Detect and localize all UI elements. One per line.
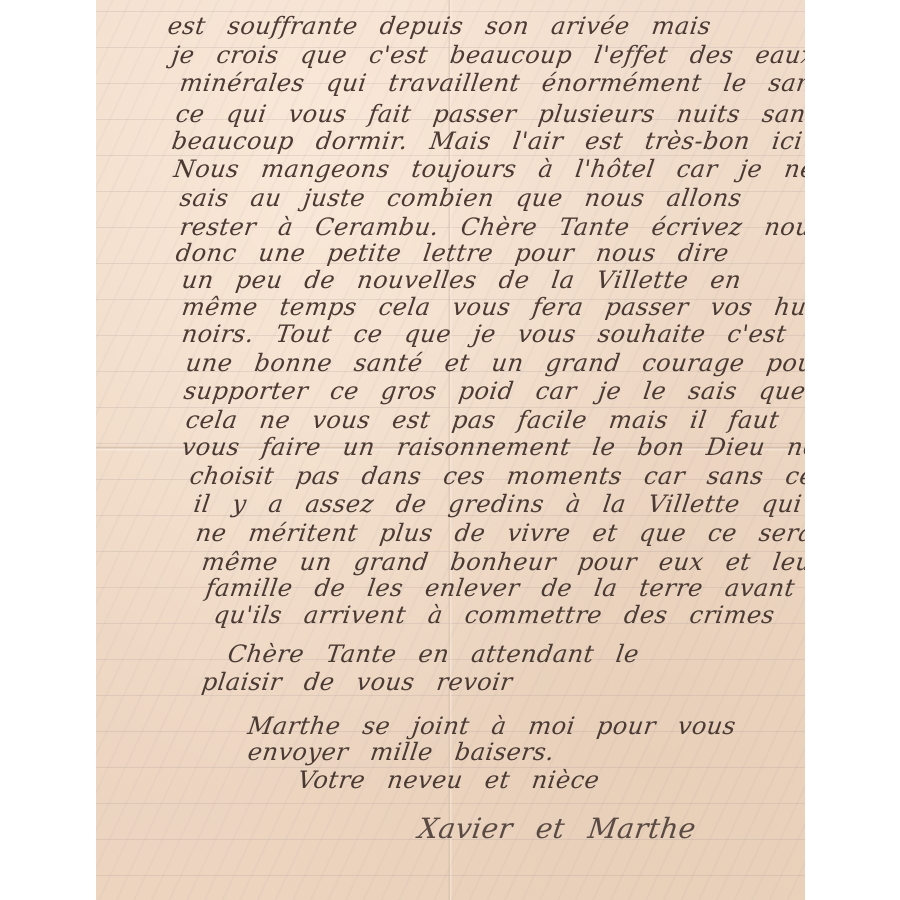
body-line: même un grand bonheur pour eux et leur [200, 548, 805, 576]
body-line: vous faire un raisonnement le bon Dieu n… [180, 433, 805, 461]
body-line: est souffrante depuis son arivée mais [166, 12, 713, 40]
body-line: même temps cela vous fera passer vos hum… [180, 293, 805, 321]
body-line: un peu de nouvelles de la Villette en [180, 266, 743, 294]
body-line: famille de les enlever de la terre avant [204, 574, 797, 602]
body-line: donc une petite lettre pour nous dire [174, 239, 731, 267]
closing-line: Votre neveu et nièce [296, 766, 601, 794]
signature: Xavier et Marthe [416, 812, 698, 845]
body-line: choisit pas dans ces moments car sans ce… [188, 462, 805, 490]
closing-line: envoyer mille baisers. [246, 738, 556, 766]
closing-line: plaisir de vous revoir [200, 668, 514, 696]
letter-page: est souffrante depuis son arivée mais je… [96, 0, 805, 900]
body-line: cela ne vous est pas facile mais il faut [184, 406, 781, 434]
body-line: je crois que c'est beaucoup l'effet des … [170, 41, 805, 69]
body-line: beaucoup dormir. Mais l'air est très-bon… [170, 127, 805, 155]
closing-line: Chère Tante en attendant le [226, 640, 641, 668]
body-line: ne méritent plus de vivre et que ce sera… [194, 519, 805, 547]
body-line: une bonne santé et un grand courage pour [184, 349, 805, 377]
closing-line: Marthe se joint à moi pour vous [246, 712, 738, 740]
body-line: minérales qui travaillent énormément le … [178, 69, 805, 97]
body-line: Nous mangeons toujours à l'hôtel car je … [172, 155, 805, 183]
body-line: rester à Cerambu. Chère Tante écrivez no… [178, 213, 805, 241]
body-line: supporter ce gros poid car je le sais qu… [182, 377, 805, 405]
body-line: il y a assez de gredins à la Villette qu… [192, 490, 804, 518]
body-line: qu'ils arrivent à commettre des crimes [212, 601, 777, 629]
letter-text: est souffrante depuis son arivée mais je… [96, 0, 805, 900]
body-line: noirs. Tout ce que je vous souhaite c'es… [180, 320, 788, 348]
body-line: sais au juste combien que nous allons [178, 184, 744, 212]
body-line: ce qui vous fait passer plusieurs nuits … [174, 100, 805, 128]
